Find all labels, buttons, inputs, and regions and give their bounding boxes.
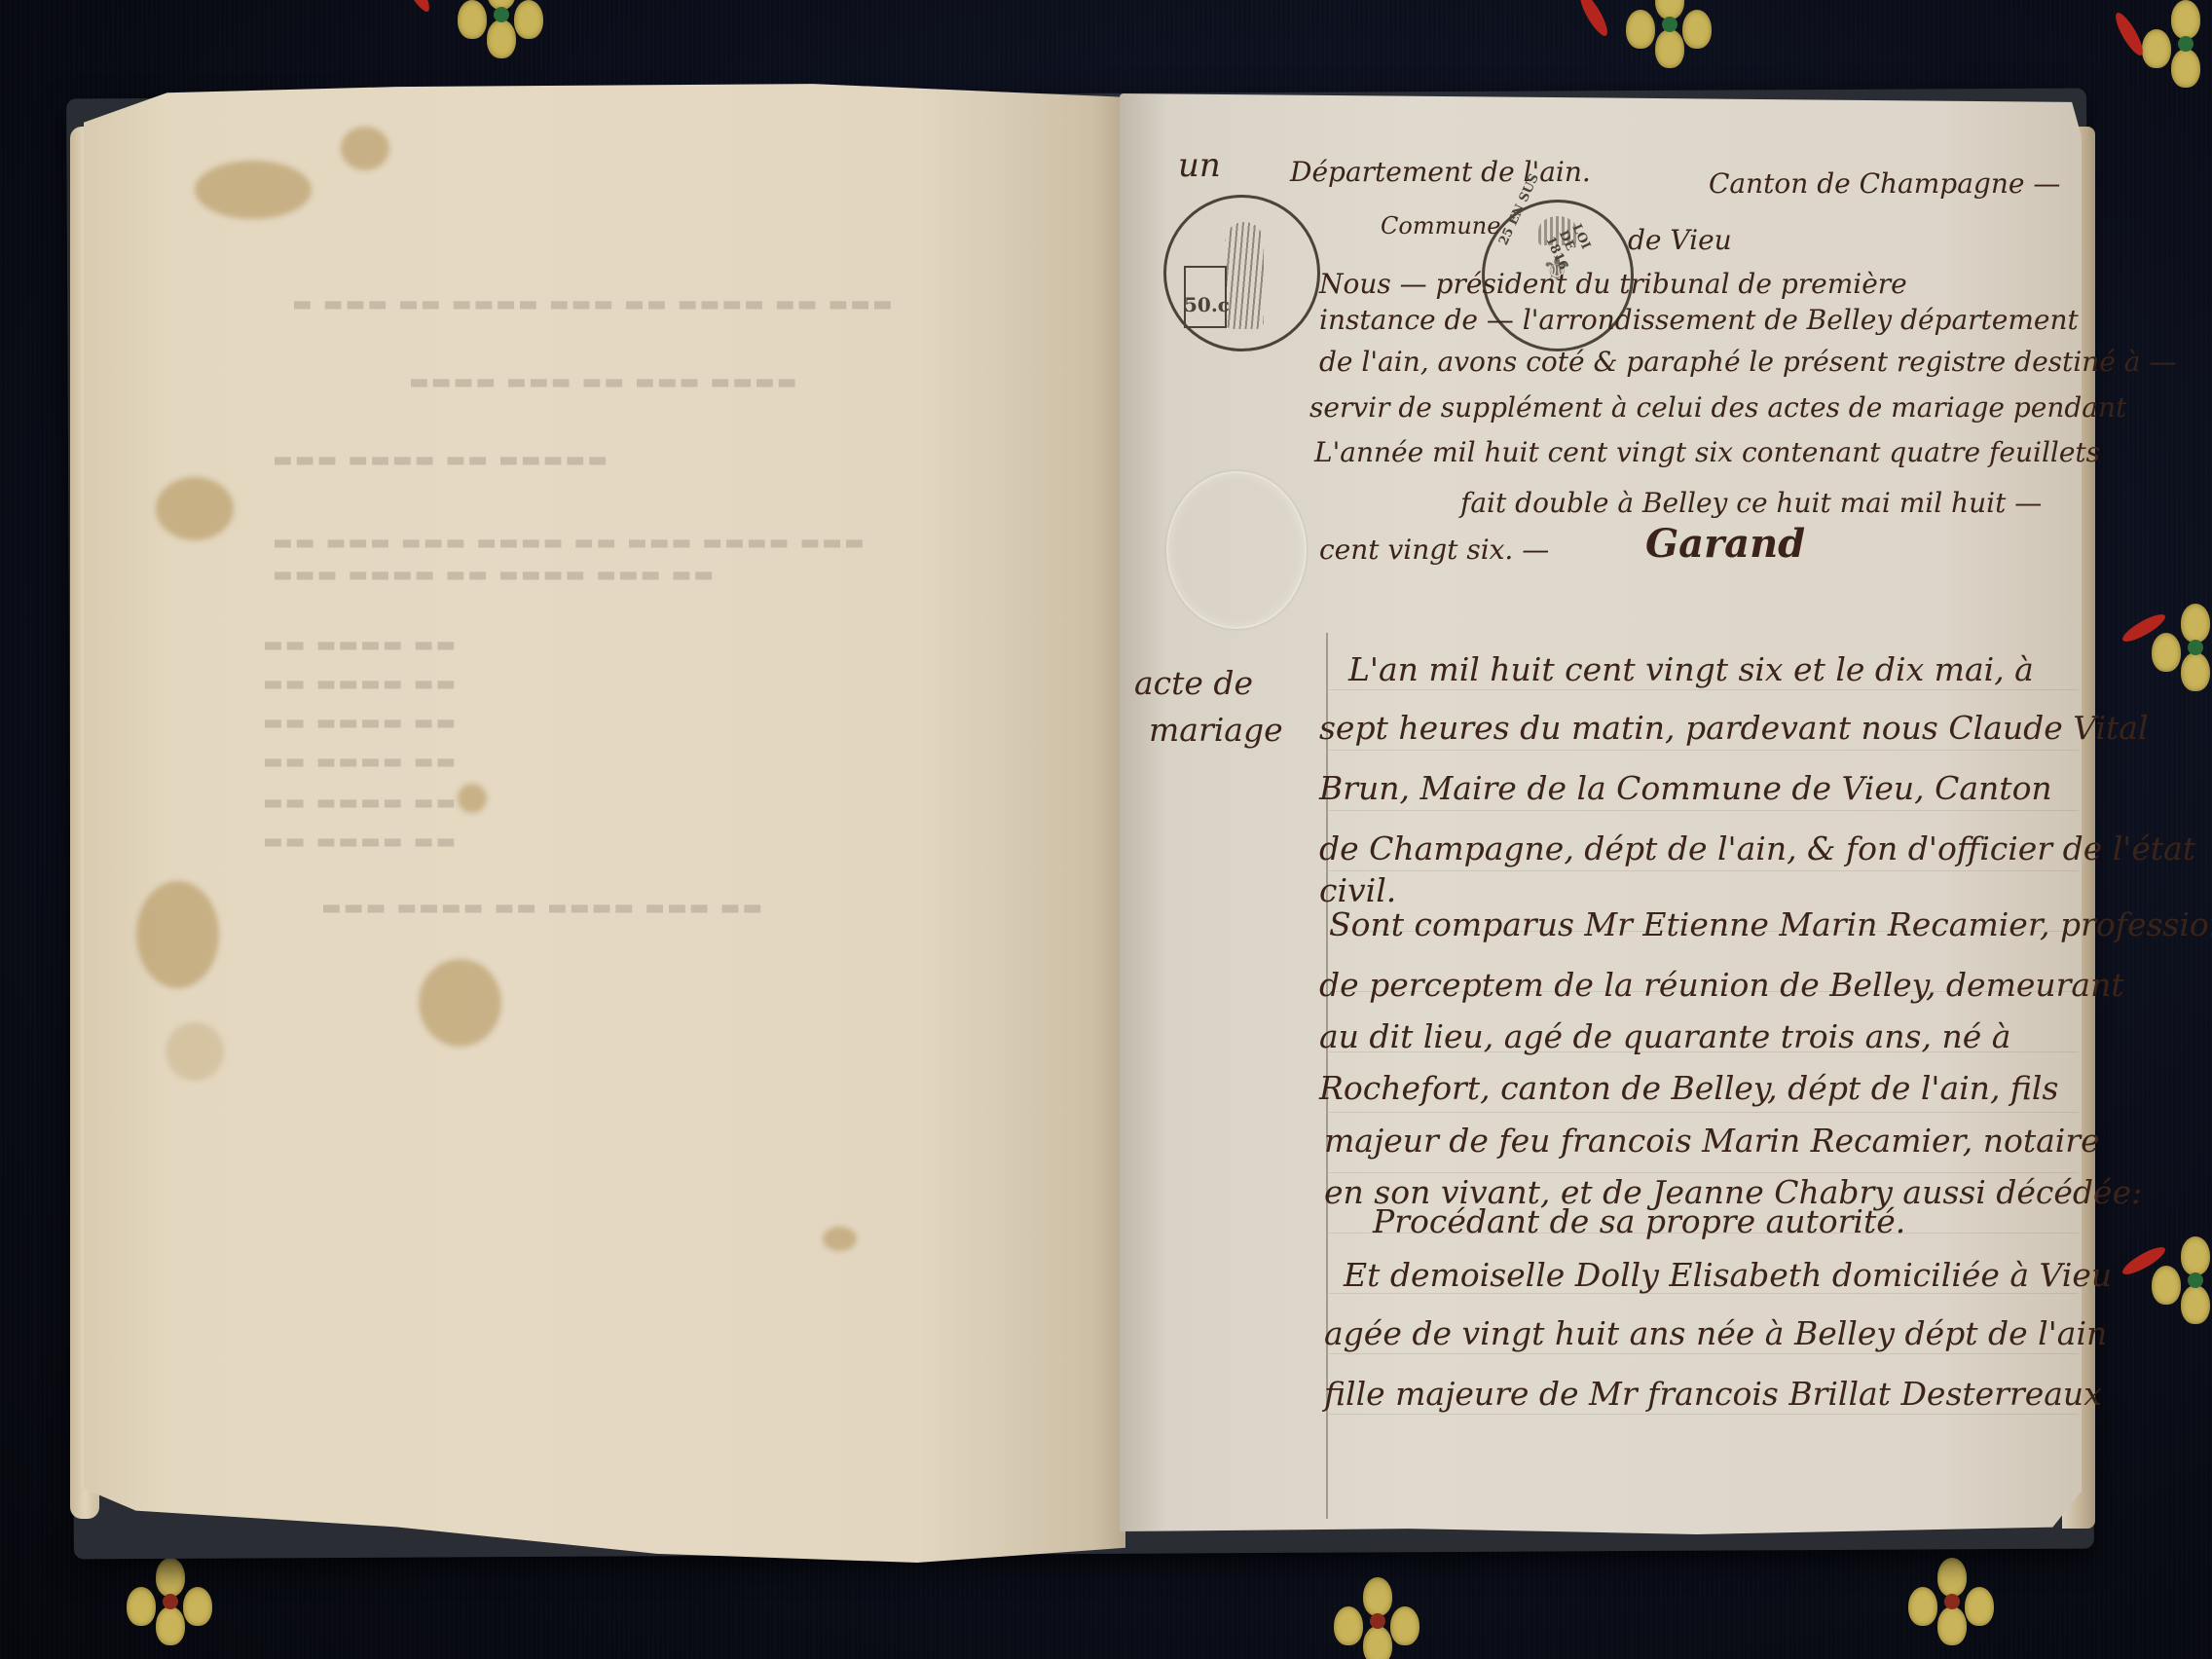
flower-embroidery bbox=[2142, 0, 2212, 88]
canton-heading: Canton de Champagne — bbox=[1709, 167, 2060, 200]
flower-embroidery bbox=[1908, 1558, 1996, 1645]
act-line: majeur de feu francois Marin Recamier, n… bbox=[1324, 1122, 2100, 1160]
ruled-line bbox=[1329, 1112, 2079, 1113]
bleed-through-text: ▬▬ ▬▬▬▬ ▬▬ bbox=[263, 633, 458, 657]
preamble-line: servir de supplément à celui des actes d… bbox=[1309, 391, 2126, 424]
bleed-through-text: ▬▬ ▬▬▬▬ ▬▬ bbox=[263, 791, 458, 815]
departement-heading: Département de l'ain. bbox=[1290, 156, 1591, 188]
flower-embroidery bbox=[2152, 604, 2212, 691]
foxing-stain bbox=[341, 127, 389, 170]
signature: Garand bbox=[1645, 521, 1805, 567]
foxing-stain bbox=[195, 161, 312, 219]
margin-title: mariage bbox=[1149, 711, 1283, 749]
bleed-through-text: ▬▬▬▬ ▬▬▬ ▬▬ ▬▬▬ ▬▬▬▬ bbox=[409, 370, 799, 394]
flower-embroidery bbox=[127, 1558, 214, 1645]
ruled-line bbox=[1329, 750, 2079, 751]
closing-line: fait double à Belley ce huit mai mil hui… bbox=[1460, 487, 2042, 519]
bleed-through-text: ▬ ▬▬▬ ▬▬ ▬▬▬▬ ▬▬▬ ▬▬ ▬▬▬▬ ▬▬ ▬▬▬ bbox=[292, 292, 895, 316]
flower-embroidery bbox=[2152, 1236, 2212, 1324]
act-line: Brun, Maire de la Commune de Vieu, Canto… bbox=[1319, 769, 2052, 807]
act-line: sept heures du matin, pardevant nous Cla… bbox=[1319, 709, 2149, 747]
preamble-line: Nous — président du tribunal de première bbox=[1319, 268, 1907, 300]
ruled-line bbox=[1329, 870, 2079, 871]
foxing-stain bbox=[136, 881, 219, 988]
act-line: L'an mil huit cent vingt six et le dix m… bbox=[1348, 650, 2034, 688]
preamble-line: L'année mil huit cent vingt six contenan… bbox=[1314, 436, 2100, 468]
commune-value: de Vieu bbox=[1628, 224, 1732, 256]
bleed-through-text: ▬▬▬ ▬▬▬▬ ▬▬ ▬▬▬▬ ▬▬▬ ▬▬ bbox=[321, 896, 764, 920]
ruled-line bbox=[1329, 1414, 2079, 1415]
corner-mark: un bbox=[1178, 146, 1221, 185]
act-line: de perceptem de la réunion de Belley, de… bbox=[1319, 966, 2124, 1004]
bleed-through-text: ▬▬ ▬▬▬▬ ▬▬ bbox=[263, 711, 458, 735]
ruled-line bbox=[1329, 810, 2079, 811]
act-line: Procédant de sa propre autorité. bbox=[1373, 1202, 1905, 1240]
ruled-line bbox=[1329, 689, 2079, 690]
bleed-through-text: ▬▬ ▬▬▬▬ ▬▬ bbox=[263, 829, 458, 854]
closing-line: cent vingt six. — bbox=[1319, 534, 1549, 566]
ruled-line bbox=[1329, 1353, 2079, 1354]
embossed-seal bbox=[1166, 471, 1307, 629]
act-line: fille majeure de Mr francois Brillat Des… bbox=[1324, 1375, 2102, 1413]
stamp-value: 50.c bbox=[1184, 293, 1230, 316]
bleed-through-text: ▬▬ ▬▬▬ ▬▬▬ ▬▬▬▬ ▬▬ ▬▬▬ ▬▬▬▬ ▬▬▬ bbox=[273, 531, 866, 555]
foxing-stain bbox=[156, 477, 234, 540]
foxing-stain bbox=[166, 1022, 224, 1081]
justice-tax-stamp: 50.c bbox=[1163, 195, 1320, 351]
act-line: au dit lieu, agé de quarante trois ans, … bbox=[1319, 1017, 2010, 1055]
flower-embroidery bbox=[1626, 0, 1714, 68]
margin-title: acte de bbox=[1134, 664, 1253, 702]
act-line: Sont comparus Mr Etienne Marin Recamier,… bbox=[1329, 905, 2212, 943]
flower-embroidery bbox=[1334, 1577, 1421, 1659]
act-line: agée de vingt huit ans née à Belley dépt… bbox=[1324, 1314, 2107, 1352]
preamble-line: instance de — l'arrondissement de Belley… bbox=[1319, 304, 2079, 336]
flower-embroidery bbox=[458, 0, 545, 58]
bleed-through-text: ▬▬ ▬▬▬▬ ▬▬ bbox=[263, 750, 458, 774]
act-line: Rochefort, canton de Belley, dépt de l'a… bbox=[1319, 1069, 2058, 1107]
bleed-through-text: ▬▬ ▬▬▬▬ ▬▬ bbox=[263, 672, 458, 696]
commune-label: Commune bbox=[1381, 212, 1500, 240]
foxing-stain bbox=[419, 959, 501, 1047]
act-line: Et demoiselle Dolly Elisabeth domiciliée… bbox=[1344, 1256, 2112, 1294]
preamble-line: de l'ain, avons coté & paraphé le présen… bbox=[1319, 346, 2176, 378]
act-line: de Champagne, dépt de l'ain, & fon d'off… bbox=[1319, 829, 2195, 867]
foxing-stain bbox=[458, 784, 487, 813]
act-line: civil. bbox=[1319, 871, 1396, 909]
bleed-through-text: ▬▬▬ ▬▬▬▬ ▬▬ ▬▬▬▬▬ bbox=[273, 448, 609, 472]
bleed-through-text: ▬▬▬ ▬▬▬▬ ▬▬ ▬▬▬▬ ▬▬▬ ▬▬ bbox=[273, 563, 716, 587]
foxing-stain bbox=[823, 1227, 857, 1251]
justice-figure-icon bbox=[1225, 222, 1264, 329]
